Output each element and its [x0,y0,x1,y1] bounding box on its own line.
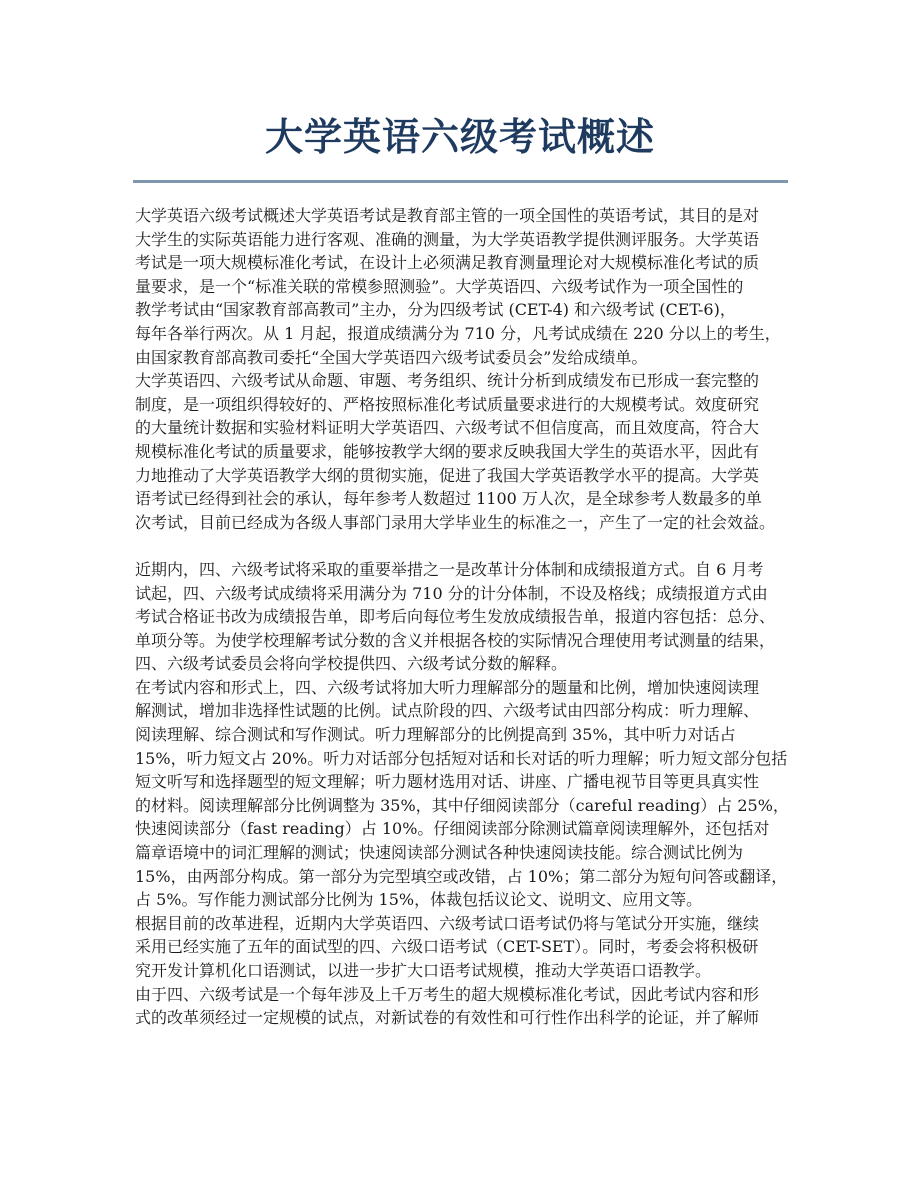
text-line: 制度，是一项组织得较好的、严格按照标准化考试质量要求进行的大规模考试。效度研究 [135,393,795,417]
text-line: 近期内，四、六级考试将采取的重要举措之一是改革计分体制和成绩报道方式。自 6 月… [135,558,795,582]
paragraph-2: 大学英语四、六级考试从命题、审题、考务组织、统计分析到成绩发布已形成一套完整的 … [135,369,795,534]
text-line: 大学英语四、六级考试从命题、审题、考务组织、统计分析到成绩发布已形成一套完整的 [135,369,795,393]
text-line: 规模标准化考试的质量要求，能够按教学大纲的要求反映我国大学生的英语水平，因此有 [135,440,795,464]
text-line: 次考试，目前已经成为各级人事部门录用大学毕业生的标准之一，产生了一定的社会效益。 [135,511,795,535]
text-line: 由国家教育部高教司委托“全国大学英语四六级考试委员会”发给成绩单。 [135,346,795,370]
text-line: 15%，由两部分构成。第一部分为完型填空或改错，占 10%；第二部分为短句问答或… [135,865,795,889]
paragraph-5: 根据目前的改革进程，近期内大学英语四、六级考试口语考试仍将与笔试分开实施，继续 … [135,912,795,983]
document-page: 大学英语六级考试概述 大学英语六级考试概述大学英语考试是教育部主管的一项全国性的… [0,0,920,1191]
text-line: 究开发计算机化口语测试，以进一步扩大口语考试规模，推动大学英语口语教学。 [135,959,795,983]
text-line: 量要求，是一个“标准关联的常模参照测验”。大学英语四、六级考试作为一项全国性的 [135,275,795,299]
paragraph-gap [135,534,795,558]
text-line: 根据目前的改革进程，近期内大学英语四、六级考试口语考试仍将与笔试分开实施，继续 [135,912,795,936]
text-line: 的大量统计数据和实验材料证明大学英语四、六级考试不但信度高，而且效度高，符合大 [135,416,795,440]
text-line: 大学生的实际英语能力进行客观、准确的测量，为大学英语教学提供测评服务。大学英语 [135,228,795,252]
text-line: 语考试已经得到社会的承认，每年参考人数超过 1100 万人次，是全球参考人数最多… [135,487,795,511]
title-divider [133,180,788,183]
text-line: 力地推动了大学英语教学大纲的贯彻实施，促进了我国大学英语教学水平的提高。大学英 [135,464,795,488]
text-line: 每年各举行两次。从 1 月起，报道成绩满分为 710 分，凡考试成绩在 220 … [135,322,795,346]
text-line: 短文听写和选择题型的短文理解；听力题材选用对话、讲座、广播电视节目等更具真实性 [135,770,795,794]
text-line: 解测试，增加非选择性试题的比例。试点阶段的四、六级考试由四部分构成：听力理解、 [135,699,795,723]
text-line: 的材料。阅读理解部分比例调整为 35%，其中仔细阅读部分（careful rea… [135,794,795,818]
text-line: 试起，四、六级考试成绩将采用满分为 710 分的计分体制，不设及格线；成绩报道方… [135,582,795,606]
text-line: 考试是一项大规模标准化考试，在设计上必须满足教育测量理论对大规模标准化考试的质 [135,251,795,275]
text-line: 快速阅读部分（fast reading）占 10%。仔细阅读部分除测试篇章阅读理… [135,817,795,841]
text-line: 考试合格证书改为成绩报告单，即考后向每位考生发放成绩报告单，报道内容包括：总分、 [135,605,795,629]
document-body: 大学英语六级考试概述大学英语考试是教育部主管的一项全国性的英语考试，其目的是对 … [135,204,795,1030]
text-line: 在考试内容和形式上，四、六级考试将加大听力理解部分的题量和比例，增加快速阅读理 [135,676,795,700]
text-line: 采用已经实施了五年的面试型的四、六级口语考试（CET-SET）。同时，考委会将积… [135,935,795,959]
paragraph-6: 由于四、六级考试是一个每年涉及上千万考生的超大规模标准化考试，因此考试内容和形 … [135,983,795,1030]
text-line: 单项分等。为使学校理解考试分数的含义并根据各校的实际情况合理使用考试测量的结果， [135,629,795,653]
text-line: 篇章语境中的词汇理解的测试；快速阅读部分测试各种快速阅读技能。综合测试比例为 [135,841,795,865]
text-line: 由于四、六级考试是一个每年涉及上千万考生的超大规模标准化考试，因此考试内容和形 [135,983,795,1007]
paragraph-1: 大学英语六级考试概述大学英语考试是教育部主管的一项全国性的英语考试，其目的是对 … [135,204,795,369]
text-line: 式的改革须经过一定规模的试点，对新试卷的有效性和可行性作出科学的论证，并了解师 [135,1006,795,1030]
text-line: 阅读理解、综合测试和写作测试。听力理解部分的比例提高到 35%，其中听力对话占 [135,723,795,747]
text-line: 15%，听力短文占 20%。听力对话部分包括短对话和长对话的听力理解；听力短文部… [135,747,795,771]
document-title: 大学英语六级考试概述 [0,112,920,162]
text-line: 教学考试由“国家教育部高教司”主办，分为四级考试 (CET-4) 和六级考试 (… [135,298,795,322]
paragraph-4: 在考试内容和形式上，四、六级考试将加大听力理解部分的题量和比例，增加快速阅读理 … [135,676,795,912]
text-line: 大学英语六级考试概述大学英语考试是教育部主管的一项全国性的英语考试，其目的是对 [135,204,795,228]
text-line: 四、六级考试委员会将向学校提供四、六级考试分数的解释。 [135,652,795,676]
text-line: 占 5%。写作能力测试部分比例为 15%，体裁包括议论文、说明文、应用文等。 [135,888,795,912]
paragraph-3: 近期内，四、六级考试将采取的重要举措之一是改革计分体制和成绩报道方式。自 6 月… [135,558,795,676]
